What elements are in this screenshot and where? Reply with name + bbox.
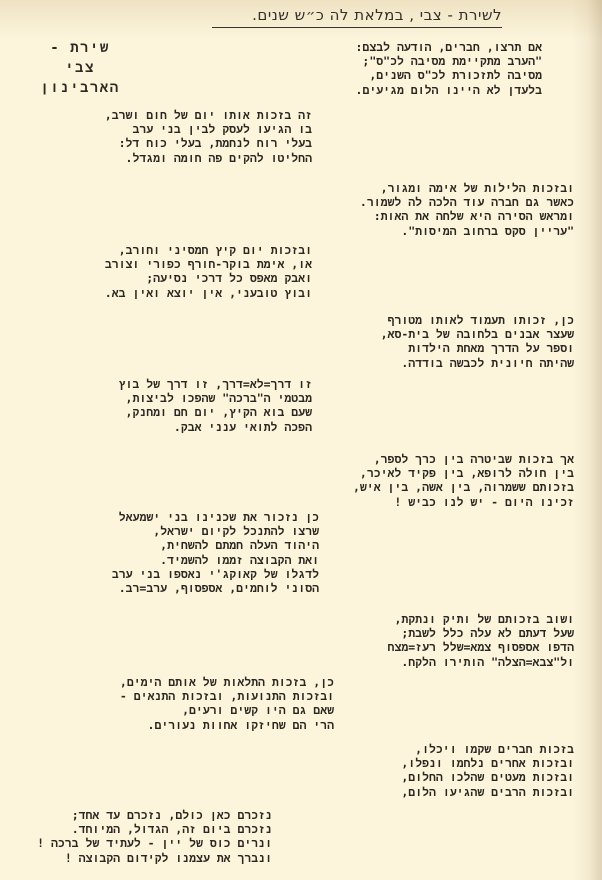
stanza-9: ושוב בזכותם של ותיק ונתקת, שעל דעתם לא ע… bbox=[388, 612, 574, 669]
stanza-line: מסיבה לתזכורת לכ"ס השנים, bbox=[356, 68, 543, 82]
stanza-line: אם תרצו, חברים, הודעה לבצם: bbox=[356, 40, 543, 54]
stanza-line: בלעדן לא היינו הלום מגיעים. bbox=[356, 83, 543, 97]
stanza-line: ונרים כוס של יין - לעתיד של ברכה ! bbox=[37, 836, 272, 850]
stanza-line: ובזכות יום קיץ חמסיני וחורב, bbox=[105, 243, 312, 257]
stanza-line: ובוץ טובעני, אין יוצא ואין בא. bbox=[105, 286, 312, 300]
stanza-line: ואת הקבוצה זממו להשמיד. bbox=[112, 553, 319, 567]
stanza-line: לדגלו של קאוקג'י נאספו בני ערב bbox=[112, 567, 319, 581]
stanza-11: בזכות חברים שקמו ויכלו, ובזכות אחרים נלח… bbox=[401, 742, 574, 799]
stanza-line: בעלי רוח לנחמת, בעלי כוח דל: bbox=[105, 136, 312, 150]
stanza-line: כן, זכותו תעמוד לאותו מטורף bbox=[381, 313, 574, 327]
stanza-8: כן נזכור את שכנינו בני ישמעאל שרצו להתנכ… bbox=[112, 510, 319, 595]
stanza-line: ובזכות התנועות, ובזכות התנאים - bbox=[120, 689, 334, 703]
author-line-1: שירת - צבי bbox=[40, 38, 120, 78]
stanza-line: וספר על הדרך מאחת הילדות bbox=[381, 341, 574, 355]
stanza-12: נזכרם כאן כולם, נזכרם עד אחד; נזכרם ביום… bbox=[37, 808, 272, 865]
stanza-line: ונברך את עצמנו לקידום הקבוצה ! bbox=[37, 851, 272, 865]
stanza-line: או, אימת בוקר-חורף כפורי וצורב bbox=[105, 257, 312, 271]
stanza-line: כן נזכור את שכנינו בני ישמעאל bbox=[112, 510, 319, 524]
document-title: לשירת - צבי , במלאת לה כ״ש שנים. bbox=[212, 6, 502, 28]
stanza-line: בין חולה לרופא, בין פקיד לאיכר, bbox=[353, 466, 574, 480]
stanza-line: מבטמי ה"ברכה" שהפכו לביצות, bbox=[119, 391, 312, 405]
stanza-line: הדפו אספסוף צמא=שלל רעז=מצח bbox=[388, 640, 574, 654]
stanza-line: שאם גם היו קשים ורעים, bbox=[120, 703, 334, 717]
stanza-line: שעל דעתם לא עלה כלל לשבת; bbox=[388, 626, 574, 640]
author-block: שירת - צבי הארבינון bbox=[40, 38, 120, 98]
stanza-line: שעם בוא הקיץ, יום חם ומחנק, bbox=[119, 405, 312, 419]
stanza-10: כן, בזכות התלאות של אותם הימים, ובזכות ה… bbox=[120, 675, 334, 732]
stanza-line: בזכות חברים שקמו ויכלו, bbox=[401, 742, 574, 756]
stanza-line: נזכרם ביום זה, הגדול, המיוחד. bbox=[37, 822, 272, 836]
stanza-line: אך בזכות שביטרה בין כרך לספר, bbox=[353, 452, 574, 466]
stanza-1: אם תרצו, חברים, הודעה לבצם: "הערב מתקיימ… bbox=[356, 40, 543, 97]
stanza-line: ול"צבא=הצלה" הותירו הלקח. bbox=[388, 655, 574, 669]
stanza-line: בו הגיעו לעסק לבין בני ערב bbox=[105, 122, 312, 136]
stanza-line: ובזכות אחרים נלחמו ונפלו, bbox=[401, 756, 574, 770]
author-line-2: הארבינון bbox=[40, 78, 120, 98]
stanza-6: זו דרך=לא=דרך, זו דרך של בוץ מבטמי ה"ברכ… bbox=[119, 377, 312, 434]
stanza-line: ושוב בזכותם של ותיק ונתקת, bbox=[388, 612, 574, 626]
stanza-line: ובזכות הרבים שהגיעו הלום, bbox=[401, 785, 574, 799]
stanza-line: זכינו היום - יש לנו כביש ! bbox=[353, 495, 574, 509]
stanza-line: שהיתה חיונית לכבשה בודדה. bbox=[381, 356, 574, 370]
stanza-line: הרי הם שחיזקו אחוות נעורים. bbox=[120, 718, 334, 732]
stanza-line: בזכותם ששמרוה, בין אשה, בין איש, bbox=[353, 480, 574, 494]
stanza-7: אך בזכות שביטרה בין כרך לספר, בין חולה ל… bbox=[353, 452, 574, 509]
document-page: לשירת - צבי , במלאת לה כ״ש שנים. שירת - … bbox=[0, 0, 602, 880]
stanza-line: ואבק מאפס כל דרכי נסיעה; bbox=[105, 271, 312, 285]
stanza-line: "הערב מתקיימת מסיבה לכ"ס"; bbox=[356, 54, 543, 68]
stanza-line: ומראש הסירה היא שלחה את האות: bbox=[360, 209, 574, 223]
stanza-2: זה בזכות אותו יום של חום ושרב, בו הגיעו … bbox=[105, 108, 312, 165]
stanza-line: זו דרך=לא=דרך, זו דרך של בוץ bbox=[119, 377, 312, 391]
stanza-3: ובזכות הלילות של אימה ומגור, כאשר גם חבר… bbox=[360, 181, 574, 238]
stanza-line: נזכרם כאן כולם, נזכרם עד אחד; bbox=[37, 808, 272, 822]
stanza-line: כן, בזכות התלאות של אותם הימים, bbox=[120, 675, 334, 689]
stanza-line: שרצו להתנכל לקיום ישראל, bbox=[112, 524, 319, 538]
stanza-line: "עריין סקס ברחוב המיסות". bbox=[360, 224, 574, 238]
stanza-line: כאשר גם חברה עוד הלכה לה לשמור. bbox=[360, 195, 574, 209]
stanza-line: ובזכות הלילות של אימה ומגור, bbox=[360, 181, 574, 195]
stanza-line: החליטו להקים פה חומה ומגדל. bbox=[105, 151, 312, 165]
stanza-line: זה בזכות אותו יום של חום ושרב, bbox=[105, 108, 312, 122]
stanza-4: ובזכות יום קיץ חמסיני וחורב, או, אימת בו… bbox=[105, 243, 312, 300]
stanza-line: הפכה לתואי ענני אבק. bbox=[119, 420, 312, 434]
stanza-line: ובזכות מעטים שהלכו החלום, bbox=[401, 770, 574, 784]
stanza-line: הסוני לוחמים, אספסוף, ערב=רב. bbox=[112, 581, 319, 595]
stanza-5: כן, זכותו תעמוד לאותו מטורף שעצר אבנים ב… bbox=[381, 313, 574, 370]
stanza-line: שעצר אבנים בלחובה של בית-סא, bbox=[381, 327, 574, 341]
stanza-line: היהוד העלה חמתם להשחית, bbox=[112, 538, 319, 552]
